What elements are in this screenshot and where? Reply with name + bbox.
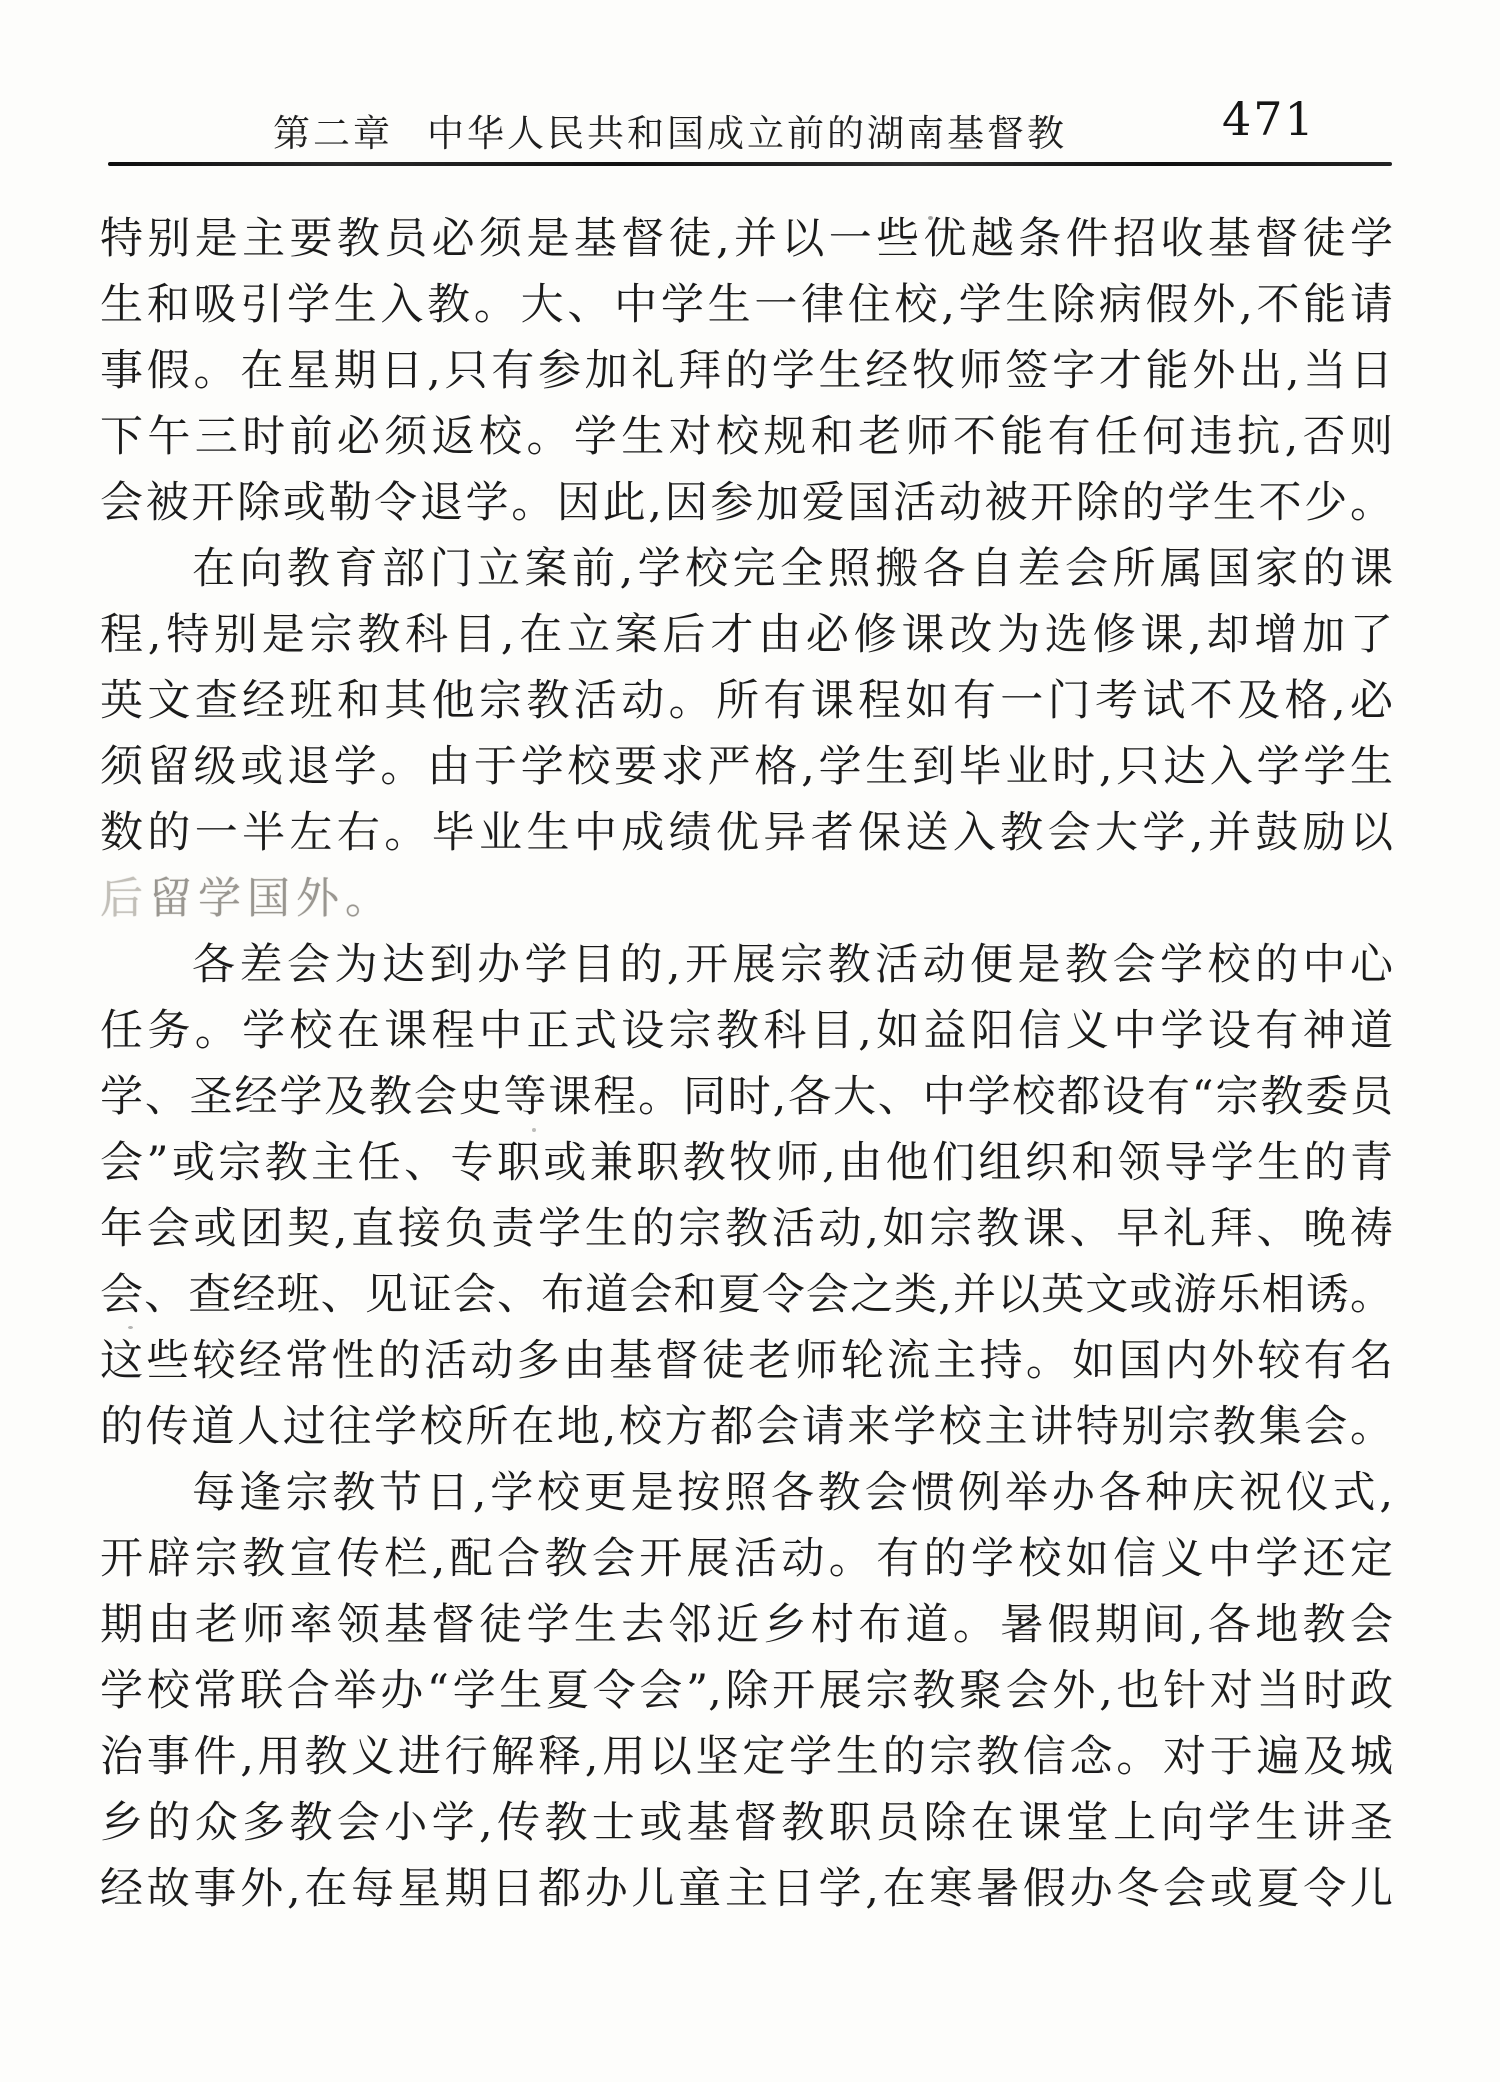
running-head: 第二章中华人民共和国成立前的湖南基督教 [110,103,1230,157]
scanned-book-page: 第二章中华人民共和国成立前的湖南基督教 471 特别是主要教员必须是基督徒,并以… [0,0,1500,2082]
text-line: 后留学国外。 [100,866,1393,932]
text-line: 开辟宗教宣传栏,配合教会开展活动。有的学校如信义中学还定 [100,1526,1393,1592]
text-line: 学、圣经学及教会史等课程。同时,各大、中学校都设有“宗教委员 [100,1064,1393,1130]
text-line: 会”或宗教主任、专职或兼职教牧师,由他们组织和领导学生的青 [100,1130,1393,1196]
text-line: 期由老师率领基督徒学生去邻近乡村布道。暑假期间,各地教会 [100,1592,1393,1658]
text-line: 治事件,用教义进行解释,用以坚定学生的宗教信念。对于遍及城 [100,1724,1393,1790]
text-line: 下午三时前必须返校。学生对校规和老师不能有任何违抗,否则 [100,404,1393,470]
text-line: 须留级或退学。由于学校要求严格,学生到毕业时,只达入学学生 [100,734,1393,800]
text-line: 生和吸引学生入教。大、中学生一律住校,学生除病假外,不能请 [100,272,1393,338]
scan-speck [128,1326,133,1329]
body-text: 特别是主要教员必须是基督徒,并以一些优越条件招收基督徒学生和吸引学生入教。大、中… [100,206,1393,1922]
text-line: 程,特别是宗教科目,在立案后才由必修课改为选修课,却增加了 [100,602,1393,668]
text-line: 任务。学校在课程中正式设宗教科目,如益阳信义中学设有神道 [100,998,1393,1064]
text-line: 会、查经班、见证会、布道会和夏令会之类,并以英文或游乐相诱。 [100,1262,1393,1328]
text-line: 特别是主要教员必须是基督徒,并以一些优越条件招收基督徒学 [100,206,1393,272]
text-line: 事假。在星期日,只有参加礼拜的学生经牧师签字才能外出,当日 [100,338,1393,404]
chapter-title: 中华人民共和国成立前的湖南基督教 [427,112,1067,155]
text-line: 乡的众多教会小学,传教士或基督教职员除在课堂上向学生讲圣 [100,1790,1393,1856]
text-line: 年会或团契,直接负责学生的宗教活动,如宗教课、早礼拜、晚祷 [100,1196,1393,1262]
header-rule [108,162,1392,166]
text-line: 每逢宗教节日,学校更是按照各教会惯例举办各种庆祝仪式, [100,1460,1393,1526]
scan-speck [928,216,933,220]
text-line: 在向教育部门立案前,学校完全照搬各自差会所属国家的课 [100,536,1393,602]
text-line: 学校常联合举办“学生夏令会”,除开展宗教聚会外,也针对当时政 [100,1658,1393,1724]
text-line: 各差会为达到办学目的,开展宗教活动便是教会学校的中心 [100,932,1393,998]
text-line: 数的一半左右。毕业生中成绩优异者保送入教会大学,并鼓励以 [100,800,1393,866]
text-line: 这些较经常性的活动多由基督徒老师轮流主持。如国内外较有名 [100,1328,1393,1394]
text-line: 英文查经班和其他宗教活动。所有课程如有一门考试不及格,必 [100,668,1393,734]
scan-speck [532,1128,536,1132]
text-line: 经故事外,在每星期日都办儿童主日学,在寒暑假办冬会或夏令儿 [100,1856,1393,1922]
text-line: 会被开除或勒令退学。因此,因参加爱国活动被开除的学生不少。 [100,470,1393,536]
text-line: 的传道人过往学校所在地,校方都会请来学校主讲特别宗教集会。 [100,1394,1393,1460]
page-number: 471 [1222,92,1316,146]
chapter-label: 第二章 [273,112,393,155]
